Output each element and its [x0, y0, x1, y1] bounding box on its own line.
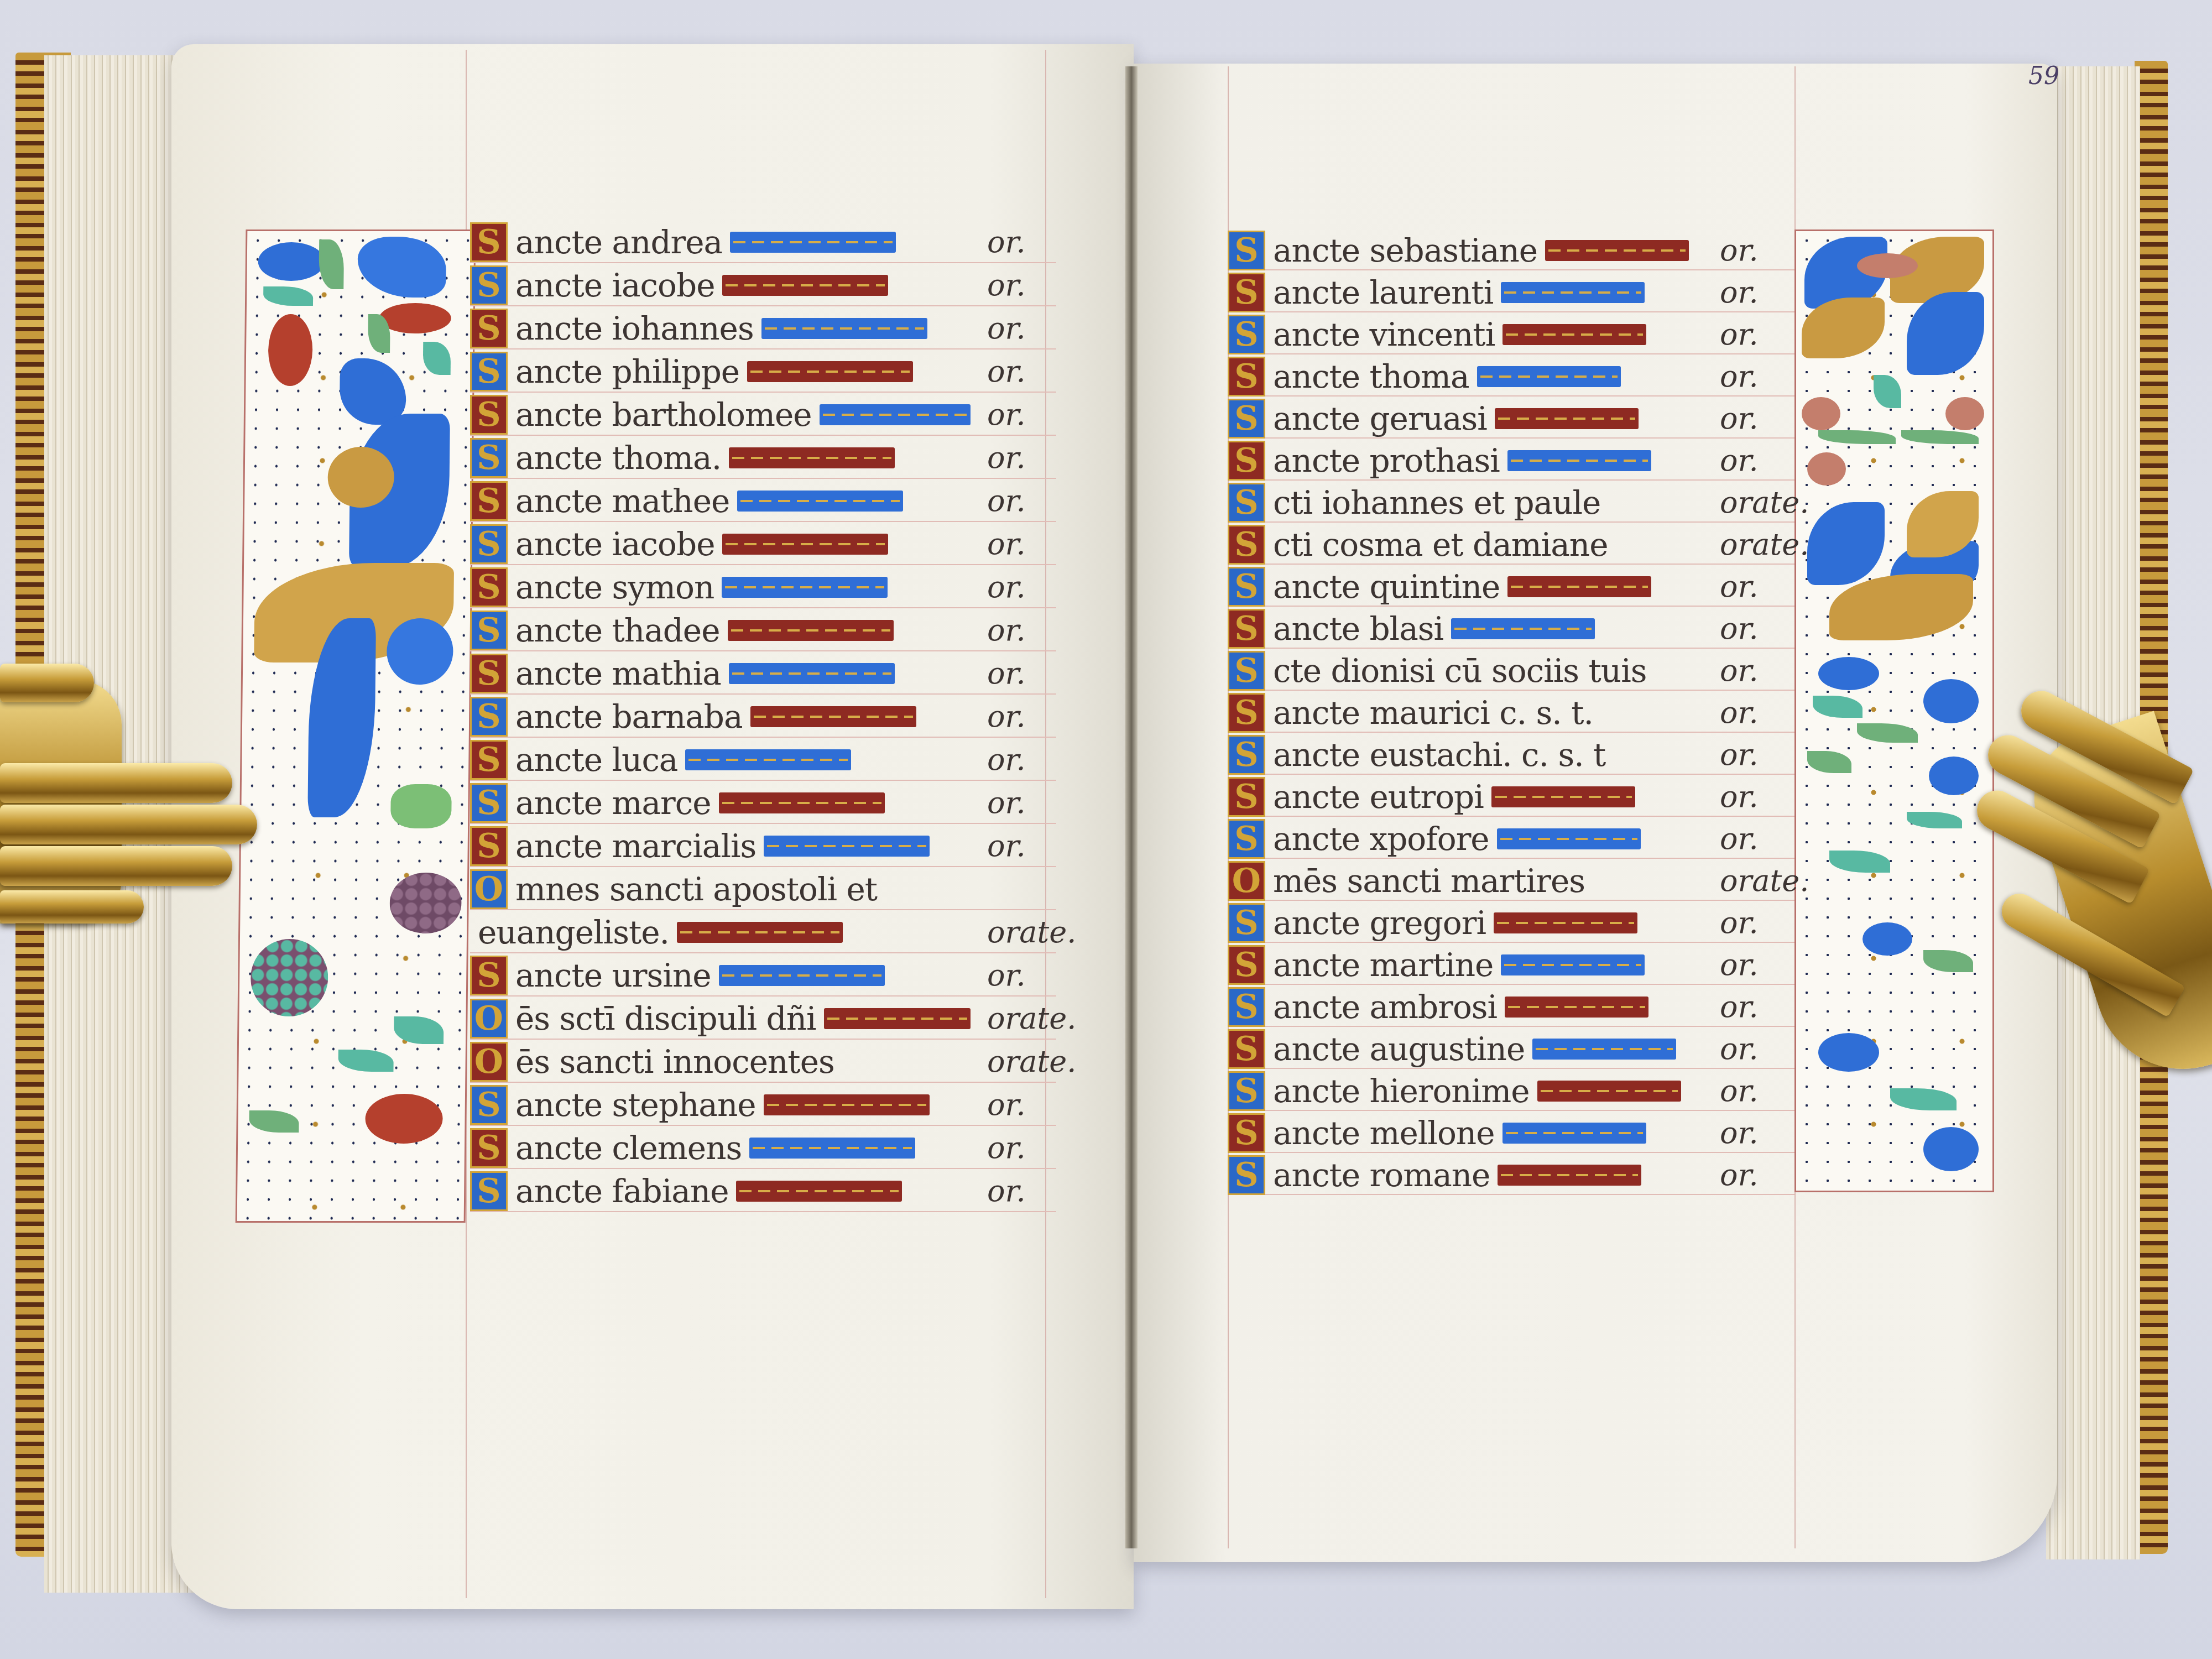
initial-letter: S [1228, 525, 1265, 565]
saint-invocation: ancte philippe [515, 353, 739, 390]
litany-line: Sancte laurenti [1228, 272, 1714, 314]
initial-letter: S [1228, 651, 1265, 691]
saint-invocation: ancte maurici c. s. t. [1273, 694, 1593, 732]
saint-invocation: ancte bartholomee [515, 396, 812, 434]
saint-invocation: ēs sancti innocentes [515, 1043, 834, 1081]
initial-letter: S [1228, 735, 1265, 775]
litany-line: Sancte bartholomee [470, 394, 982, 436]
leaf-icon [338, 1050, 393, 1072]
saint-invocation: ancte geruasi [1273, 400, 1487, 437]
leaf-icon [1890, 1088, 1957, 1110]
response-ora: or. [1720, 443, 1759, 478]
response-ora: or. [987, 958, 1026, 993]
initial-letter: S [470, 611, 508, 650]
litany-line: Oēs sctī discipuli dñi [470, 998, 982, 1040]
saint-invocation: ancte iacobe [515, 267, 714, 304]
initial-letter: S [470, 524, 508, 564]
response-ora: or. [987, 699, 1026, 734]
red-poppy-icon [268, 314, 312, 386]
blue-flower-icon [1923, 1127, 1979, 1171]
litany-line: Sancte iacobe [470, 264, 982, 306]
folio-number: 59 [2028, 62, 2059, 90]
initial-letter: S [1228, 357, 1265, 397]
initial-letter: S [1228, 693, 1265, 733]
saint-invocation: ancte thadee [515, 612, 720, 649]
initial-letter: O [470, 999, 508, 1039]
line-filler-ornament [1495, 408, 1639, 429]
response-ora: or. [987, 311, 1026, 346]
line-filler-ornament [764, 1094, 930, 1115]
initial-letter: S [1228, 1029, 1265, 1069]
initial-letter: S [470, 783, 508, 823]
litany-line: Sancte clemens [470, 1127, 982, 1169]
saint-invocation: ancte laurenti [1273, 274, 1493, 311]
response-ora: or. [987, 354, 1026, 389]
saint-invocation: ancte hieronime [1273, 1072, 1530, 1110]
initial-letter: S [1228, 777, 1265, 817]
initial-letter: S [470, 740, 508, 780]
litany-line: Sancte iacobe [470, 523, 982, 565]
saint-invocation: ancte xpofore [1273, 820, 1489, 858]
red-bud-icon [379, 303, 451, 333]
initial-letter: S [1228, 273, 1265, 312]
blue-acanthus-icon [1807, 502, 1885, 585]
litany-line: Sancte mellone [1228, 1112, 1714, 1154]
litany-line: Omnes sancti apostoli et [470, 868, 982, 910]
leaf-icon [1807, 751, 1851, 773]
response-ora: orate. [987, 1044, 1076, 1079]
line-filler-ornament [1505, 997, 1648, 1018]
line-filler-ornament [764, 836, 930, 857]
initial-letter: S [1228, 441, 1265, 481]
initial-letter: S [1228, 315, 1265, 354]
leaf-icon [1901, 430, 1979, 444]
initial-letter: S [470, 654, 508, 693]
litany-line: Sancte mathee [470, 480, 982, 522]
litany-line: Sancte thadee [470, 609, 982, 651]
line-filler-ornament [1491, 786, 1635, 807]
initial-letter: S [470, 222, 508, 262]
response-ora: or. [1720, 947, 1759, 982]
line-filler-ornament [719, 792, 885, 813]
saint-invocation: ancte iacobe [515, 525, 714, 563]
response-ora: or. [987, 526, 1026, 561]
line-filler-ornament [1451, 618, 1595, 639]
blue-flower-icon [357, 237, 446, 298]
initial-letter: S [1228, 1113, 1265, 1153]
initial-letter: S [1228, 1071, 1265, 1111]
initial-letter: S [1228, 819, 1265, 859]
line-filler-ornament [747, 361, 913, 382]
litany-line: Sancte marcialis [470, 825, 982, 867]
saint-invocation: ancte mathia [515, 655, 721, 692]
response-ora: or. [1720, 569, 1759, 604]
litany-line: Sancte fabiane [470, 1170, 982, 1212]
response-ora: or. [1720, 611, 1759, 646]
response-ora: or. [1720, 779, 1759, 814]
litany-line: Sancte luca [470, 739, 982, 781]
response-ora: or. [987, 570, 1026, 604]
left-brass-hand-weight [0, 664, 265, 951]
line-filler-ornament [761, 318, 927, 339]
litany-line: Sancte thoma. [470, 437, 982, 479]
line-filler-ornament [719, 965, 885, 986]
saint-invocation: ancte symon [515, 568, 714, 606]
litany-line: Sancte romane [1228, 1154, 1714, 1196]
line-filler-ornament [722, 275, 888, 296]
saint-invocation: ancte quintine [1273, 568, 1500, 606]
saint-invocation: ancte barnaba [515, 698, 743, 735]
response-ora: or. [987, 440, 1026, 475]
saint-invocation: ancte sebastiane [1273, 232, 1537, 269]
line-filler-ornament [730, 232, 896, 253]
response-ora: or. [1720, 1157, 1759, 1192]
response-ora: or. [987, 483, 1026, 518]
litany-line: Sancte gregori [1228, 902, 1714, 944]
response-ora: orate. [987, 1001, 1076, 1036]
initial-letter: O [1228, 861, 1265, 901]
line-filler-ornament [1545, 240, 1689, 261]
response-ora: or. [1720, 233, 1759, 268]
blue-acanthus-icon [1907, 292, 1984, 375]
initial-letter: S [470, 1171, 508, 1211]
litany-line: Sancte quintine [1228, 566, 1714, 608]
response-ora: or. [987, 1087, 1026, 1122]
leaf-icon [1874, 375, 1901, 408]
response-ora: or. [987, 268, 1026, 302]
response-ora: or. [1720, 653, 1759, 688]
initial-letter: S [470, 438, 508, 478]
saint-invocation: ancte stephane [515, 1086, 756, 1124]
blue-flower-icon [1818, 657, 1879, 690]
response-ora: orate. [987, 915, 1076, 950]
blue-flower-icon [1863, 922, 1912, 956]
litany-line: Sancte ambrosi [1228, 986, 1714, 1028]
response-ora: or. [987, 785, 1026, 820]
right-litany-text: Sancte sebastianeor.Sancte laurentior.Sa… [1228, 229, 1803, 1203]
saint-invocation: ancte iohannes [515, 310, 754, 347]
leaf-icon [394, 1016, 444, 1044]
response-ora: or. [987, 656, 1026, 691]
saint-invocation: ancte thoma. [515, 439, 721, 477]
response-ora: orate. [1720, 527, 1809, 562]
response-ora: or. [1720, 989, 1759, 1024]
saint-invocation: ancte blasi [1273, 610, 1443, 648]
litany-line: Sancte philippe [470, 351, 982, 393]
line-filler-ornament [685, 749, 851, 770]
saint-invocation: ancte prothasi [1273, 442, 1500, 479]
saint-invocation: ancte mathee [515, 482, 729, 520]
litany-line: Sancte prothasi [1228, 440, 1714, 482]
leaf-icon [1829, 851, 1890, 873]
saint-invocation: ancte marce [515, 784, 711, 822]
left-floral-border [236, 229, 476, 1223]
line-filler-ornament [1537, 1081, 1681, 1102]
saint-invocation: cte dionisi cū sociis tuis [1273, 652, 1647, 690]
initial-letter: S [1228, 567, 1265, 607]
line-filler-ornament [1503, 324, 1646, 345]
response-ora: or. [1720, 401, 1759, 436]
response-ora: orate. [1720, 863, 1809, 898]
litany-line: Sancte geruasi [1228, 398, 1714, 440]
initial-letter: S [470, 352, 508, 392]
line-filler-ornament [722, 577, 888, 598]
line-filler-ornament [677, 922, 843, 943]
response-ora: or. [1720, 737, 1759, 772]
initial-letter: S [1228, 483, 1265, 523]
litany-line: Sancte mathia [470, 653, 982, 695]
response-ora: or. [987, 1130, 1026, 1165]
thistle-icon [1807, 452, 1846, 486]
saint-invocation: ancte gregori [1273, 904, 1486, 942]
saint-invocation: ancte romane [1273, 1156, 1490, 1194]
initial-letter: S [470, 567, 508, 607]
initial-letter: S [470, 826, 508, 866]
saint-invocation: ēs sctī discipuli dñi [515, 1000, 816, 1037]
line-filler-ornament [1503, 1123, 1646, 1144]
gold-acanthus-icon [327, 447, 394, 508]
litany-line: Sancte eustachi. c. s. t [1228, 734, 1714, 776]
initial-letter: S [1228, 1155, 1265, 1195]
initial-letter: S [470, 1128, 508, 1168]
response-ora: or. [1720, 1073, 1759, 1108]
litany-line: Sancte barnaba [470, 696, 982, 738]
line-filler-ornament [1494, 912, 1637, 933]
blue-flower-icon [258, 242, 325, 281]
litany-line: Sancte thoma [1228, 356, 1714, 398]
initial-letter: S [470, 265, 508, 305]
saint-invocation: ancte augustine [1273, 1030, 1525, 1068]
line-filler-ornament [1507, 576, 1651, 597]
finger [0, 763, 232, 803]
leaf-icon [1813, 696, 1863, 718]
litany-line: Sancte martine [1228, 944, 1714, 986]
finger [0, 846, 232, 886]
leaf-icon [1907, 812, 1962, 828]
litany-line: Sancte augustine [1228, 1028, 1714, 1070]
leaf-icon [263, 286, 313, 306]
response-ora: or. [1720, 695, 1759, 730]
litany-line: Sancte iohannes [470, 307, 982, 349]
thistle-icon [1857, 253, 1918, 278]
response-ora: or. [1720, 317, 1759, 352]
line-filler-ornament [1477, 366, 1621, 387]
leaf-icon [319, 239, 344, 289]
litany-line: Sancte marce [470, 782, 982, 824]
response-ora: or. [1720, 275, 1759, 310]
initial-letter: S [470, 697, 508, 737]
litany-line: Sancte symon [470, 566, 982, 608]
saint-invocation: mnes sancti apostoli et [515, 870, 877, 908]
book-gutter [1125, 66, 1138, 1548]
saint-invocation: ancte andrea [515, 223, 722, 261]
saint-invocation: ancte ursine [515, 957, 711, 994]
saint-invocation: ancte vincenti [1273, 316, 1495, 353]
response-ora: or. [1720, 905, 1759, 940]
litany-line: Sancte andrea [470, 221, 982, 263]
right-floral-border [1794, 229, 1994, 1192]
saint-invocation: cti cosma et damiane [1273, 526, 1608, 564]
leaf-icon [1818, 430, 1896, 444]
saint-invocation: ancte eustachi. c. s. t [1273, 736, 1605, 774]
litany-line: Omēs sancti martires [1228, 860, 1714, 902]
response-ora: or. [1720, 1115, 1759, 1150]
response-ora: or. [987, 742, 1026, 777]
initial-letter: O [470, 1042, 508, 1082]
saint-invocation: ancte marcialis [515, 827, 756, 865]
finger [0, 890, 144, 924]
line-filler-ornament [1498, 1165, 1641, 1186]
initial-letter: S [470, 1085, 508, 1125]
initial-letter: S [1228, 399, 1265, 439]
gold-acanthus-icon [1829, 574, 1973, 640]
initial-letter: S [470, 309, 508, 348]
line-filler-ornament [1497, 828, 1641, 849]
response-ora: or. [1720, 1031, 1759, 1066]
leaf-icon [1857, 723, 1918, 743]
response-ora: or. [987, 225, 1026, 259]
initial-letter: S [1228, 987, 1265, 1027]
line-filler-ornament [729, 663, 895, 684]
response-ora: or. [987, 828, 1026, 863]
thistle-icon [1945, 397, 1984, 430]
initial-letter: S [470, 395, 508, 435]
litany-line: Sancte stephane [470, 1084, 982, 1126]
litany-line: Sancte hieronime [1228, 1070, 1714, 1112]
litany-line: Oēs sancti innocentes [470, 1041, 982, 1083]
litany-line: Sancte blasi [1228, 608, 1714, 650]
response-ora: or. [1720, 359, 1759, 394]
litany-line: euangeliste. [470, 911, 982, 953]
right-brass-hand-weight [1969, 658, 2212, 1100]
initial-letter: S [470, 956, 508, 995]
blue-flower-icon [340, 358, 406, 425]
line-filler-ornament [729, 447, 895, 468]
blue-flower-icon [1818, 1033, 1879, 1072]
saint-invocation: ancte mellone [1273, 1114, 1495, 1152]
litany-line: Scti cosma et damiane [1228, 524, 1714, 566]
line-filler-ornament [1501, 282, 1645, 303]
leaf-icon [1923, 950, 1973, 972]
initial-letter: S [1228, 945, 1265, 985]
strawberry-icon [365, 1094, 443, 1144]
blue-acanthus-icon [387, 618, 453, 685]
line-filler-ornament [722, 534, 888, 555]
thistle-icon [1802, 397, 1840, 430]
saint-invocation: euangeliste. [478, 914, 669, 951]
line-filler-ornament [736, 1181, 902, 1202]
litany-line: Sancte ursine [470, 954, 982, 997]
line-filler-ornament [824, 1008, 971, 1029]
saint-invocation: cti iohannes et paule [1273, 484, 1600, 521]
initial-letter: S [1228, 609, 1265, 649]
line-filler-ornament [737, 491, 903, 512]
saint-invocation: ancte fabiane [515, 1172, 728, 1210]
response-ora: or. [1720, 821, 1759, 856]
thumb [0, 664, 94, 702]
initial-letter: O [470, 869, 508, 909]
litany-line: Sancte xpofore [1228, 818, 1714, 860]
saint-invocation: ancte eutropi [1273, 778, 1484, 816]
saint-invocation: ancte ambrosi [1273, 988, 1497, 1026]
initial-letter: S [1228, 903, 1265, 943]
litany-line: Sancte maurici c. s. t. [1228, 692, 1714, 734]
grapes-icon [389, 873, 462, 933]
vine-leaf-icon [390, 784, 452, 828]
response-ora: or. [987, 1173, 1026, 1208]
saint-invocation: mēs sancti martires [1273, 862, 1585, 900]
line-filler-ornament [1507, 450, 1651, 471]
litany-line: Sancte eutropi [1228, 776, 1714, 818]
response-ora: orate. [1720, 485, 1809, 520]
litany-line: Scte dionisi cū sociis tuis [1228, 650, 1714, 692]
saint-invocation: ancte thoma [1273, 358, 1469, 395]
saint-invocation: ancte clemens [515, 1129, 742, 1167]
left-litany-text: Sancte andreaor.Sancte iacobeor.Sancte i… [470, 221, 1067, 1239]
leaf-icon [423, 342, 451, 375]
initial-letter: S [1228, 231, 1265, 270]
line-filler-ornament [1532, 1039, 1676, 1060]
initial-letter: S [470, 481, 508, 521]
response-ora: or. [987, 613, 1026, 648]
saint-invocation: ancte martine [1273, 946, 1493, 984]
response-ora: or. [987, 397, 1026, 432]
leaf-icon [249, 1110, 299, 1133]
line-filler-ornament [750, 706, 916, 727]
line-filler-ornament [749, 1138, 915, 1159]
litany-line: Sancte vincenti [1228, 314, 1714, 356]
line-filler-ornament [1501, 954, 1645, 975]
finger [0, 805, 257, 844]
litany-line: Sancte sebastiane [1228, 229, 1714, 272]
line-filler-ornament [820, 404, 971, 425]
line-filler-ornament [728, 620, 894, 641]
litany-line: Scti iohannes et paule [1228, 482, 1714, 524]
saint-invocation: ancte luca [515, 741, 677, 779]
